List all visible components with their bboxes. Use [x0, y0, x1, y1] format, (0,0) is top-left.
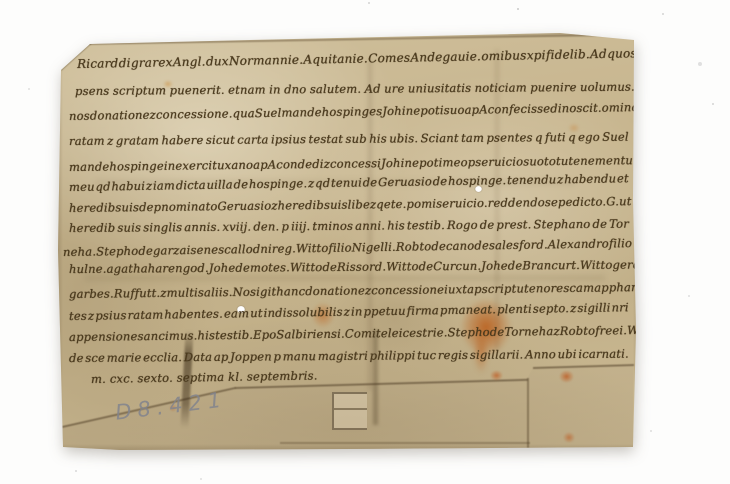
manuscript-line: psensscriptumpuenerit.etnamindnosalutem.…: [75, 80, 635, 99]
manuscript-line: appensionesancimus.histestib.EpoSalbirie…: [69, 323, 629, 345]
manuscript-line: hulne.agathaharengod.Johedemotes.Wittode…: [69, 258, 629, 277]
manuscript-line: m. cxc. sexto. septima kl. septembris.: [91, 368, 318, 387]
manuscript-line: neha.Stephodegarzaisenescallodnireg.Witt…: [63, 236, 623, 260]
manuscript-line: ratamzgratamhaberesicutcartaipsiustestat…: [69, 130, 629, 149]
manuscript-line: garbes.Ruffutt.zmultisaliis.Nosigithancd…: [69, 280, 629, 302]
manuscript-line: meuqdhabuiziamdictauilladehospinge.zqdte…: [69, 171, 629, 195]
parchment: RicarddigrarexAngl.duxNormannie.Aquitani…: [55, 30, 641, 454]
manuscript-line: RicarddigrarexAngl.duxNormannie.Aquitani…: [77, 46, 637, 72]
charter-photograph: RicarddigrarexAngl.duxNormannie.Aquitani…: [0, 0, 730, 484]
dust-specks: [0, 0, 2, 2]
manuscript-line: heredibsuisdepnominatoGeruasiozheredibsu…: [69, 194, 629, 216]
manuscript-line: heredibsuissinglisannis.xviij.den.piiij.…: [69, 217, 629, 236]
manuscript-line: teszpsiusratamhabentes.eamutindissolubil…: [69, 300, 629, 324]
manuscript-line: descemarieecclia.DataapJoppenpmanumagist…: [69, 347, 629, 366]
manuscript-text: RicarddigrarexAngl.duxNormannie.Aquitani…: [69, 30, 629, 454]
manuscript-line: nosdonationezconcessione.quaSuelmandehos…: [69, 100, 629, 124]
parchment-shadow: RicarddigrarexAngl.duxNormannie.Aquitani…: [55, 30, 641, 454]
